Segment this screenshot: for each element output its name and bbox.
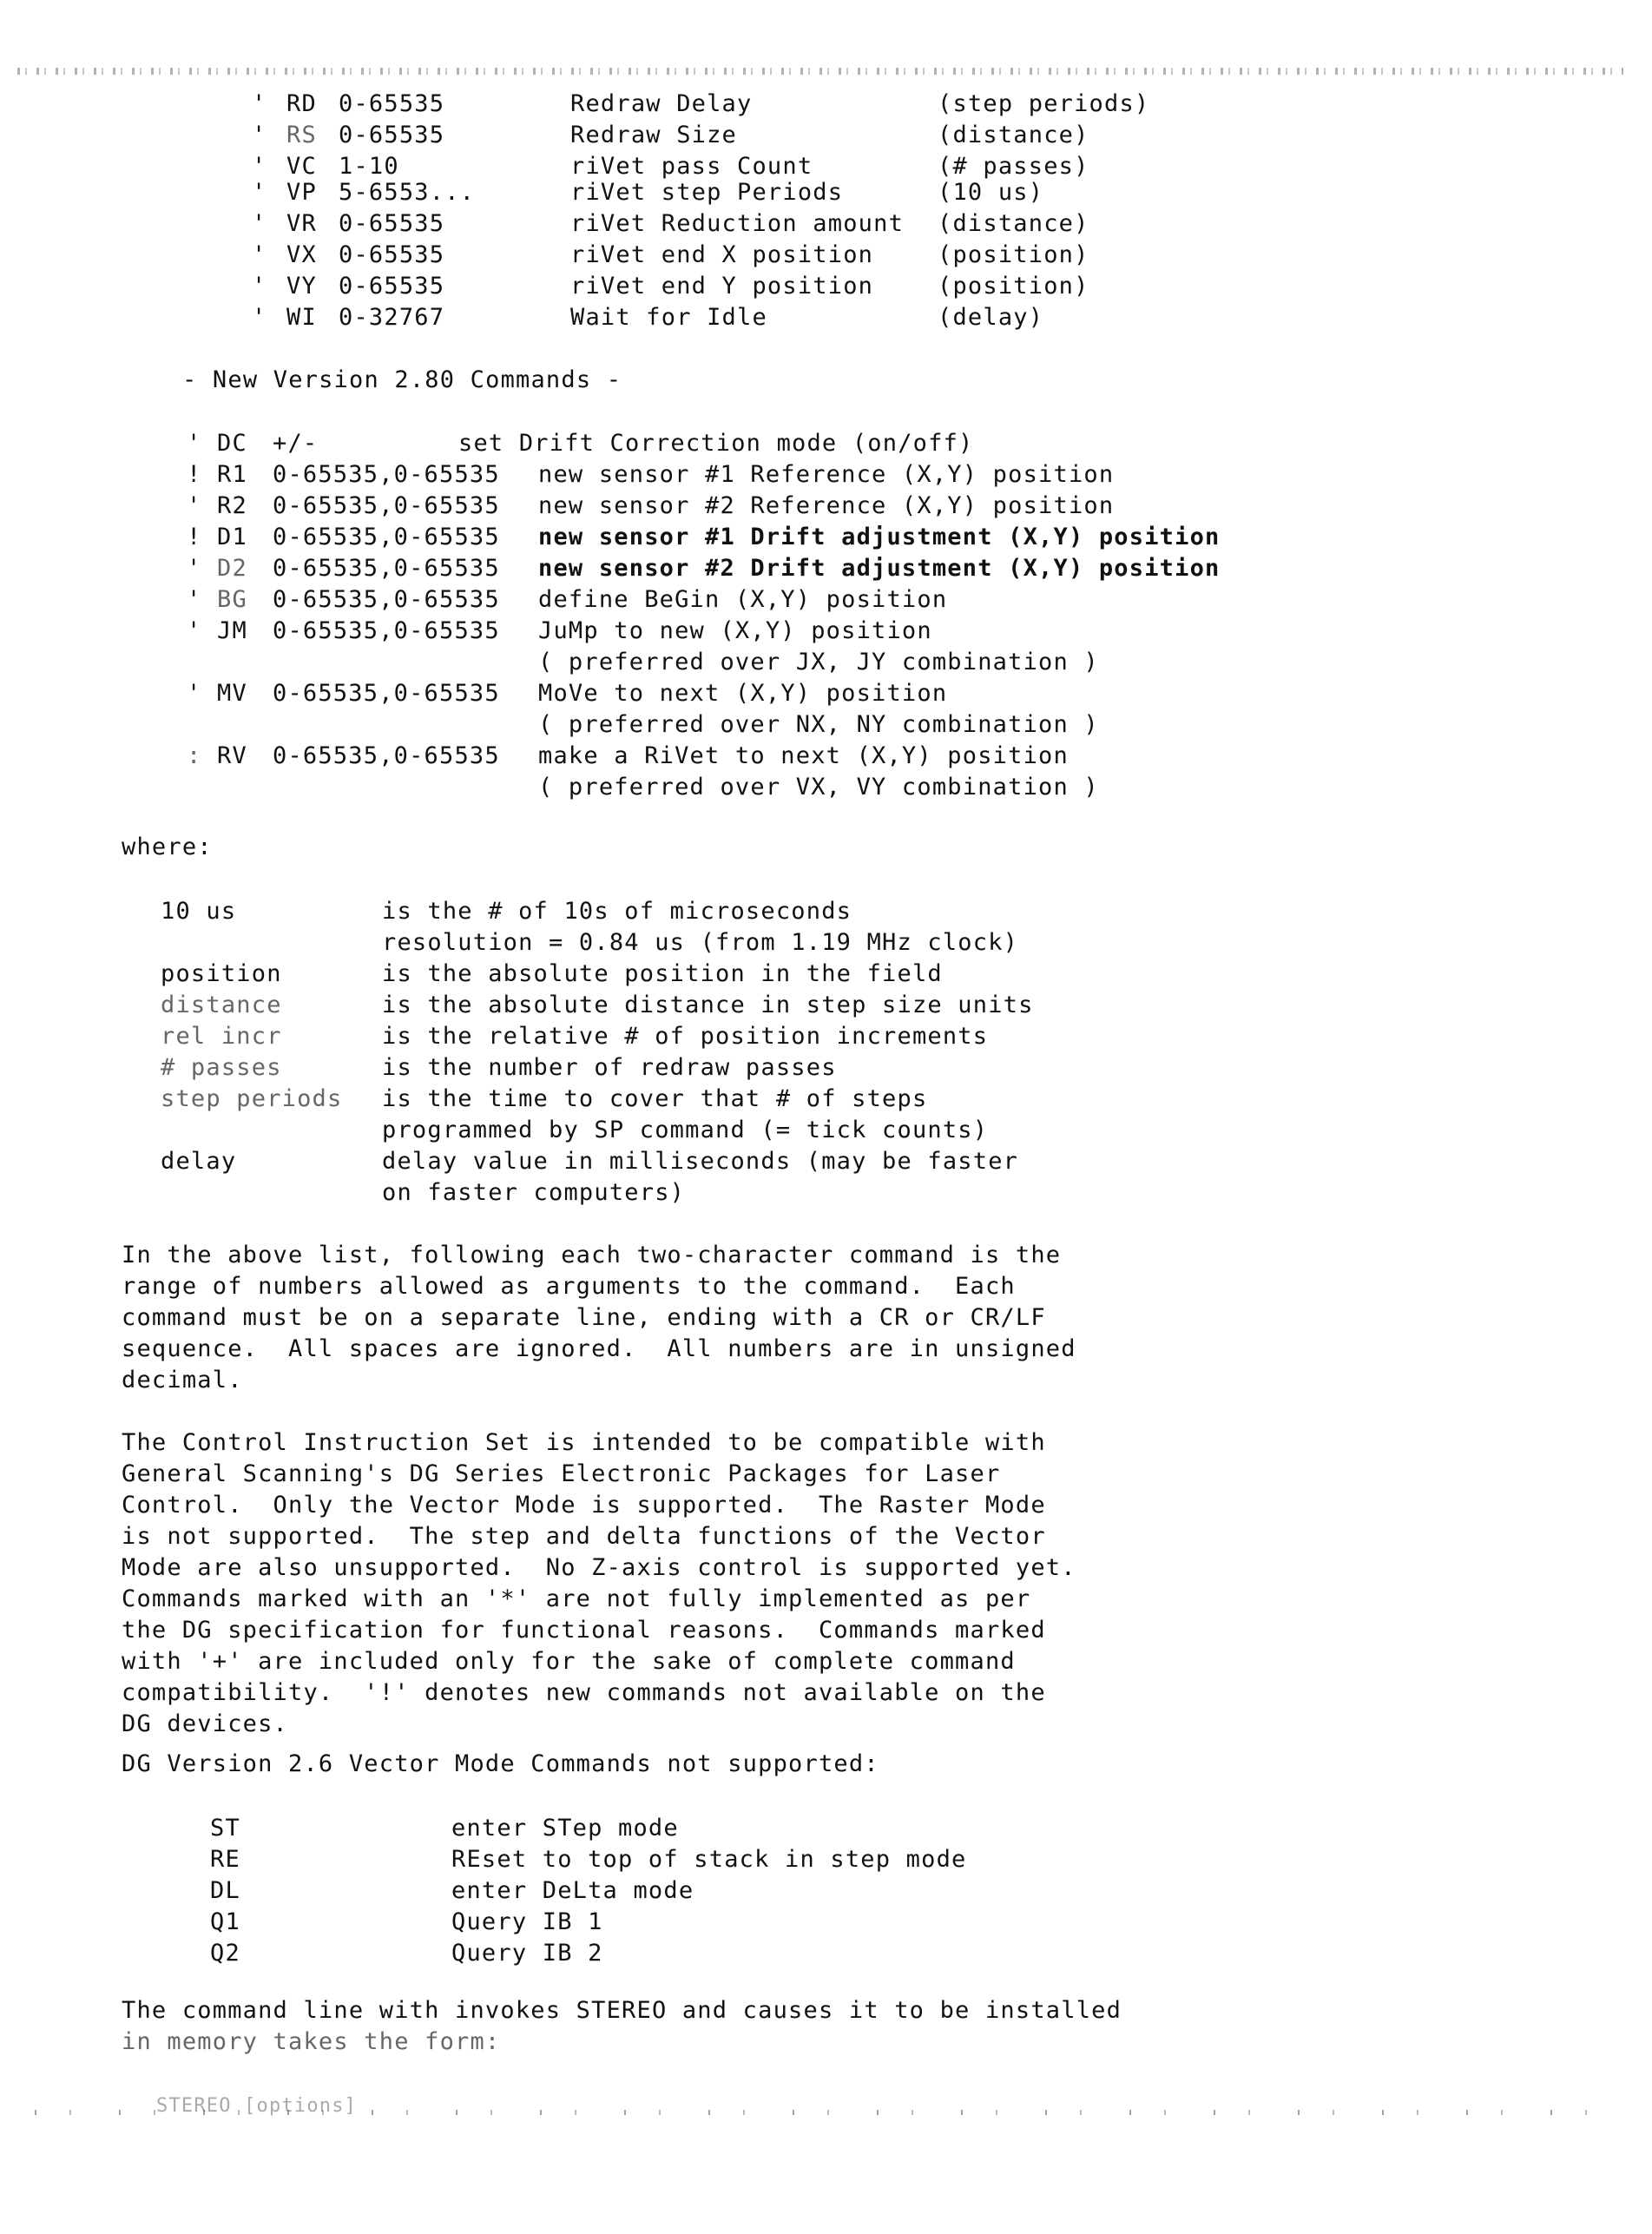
command-range: +/- bbox=[273, 428, 318, 459]
command-mark: ' bbox=[252, 90, 267, 117]
command-code: R1 bbox=[217, 459, 247, 491]
command-description: make a RiVet to next (X,Y) position bbox=[538, 741, 1069, 772]
command-unit: (distance) bbox=[938, 120, 1089, 151]
command-code: RS bbox=[286, 120, 317, 151]
definition-text: is the absolute position in the field bbox=[382, 959, 943, 990]
command-code: VX bbox=[286, 240, 317, 271]
definition-text: is the number of redraw passes bbox=[382, 1052, 837, 1084]
command-mark: ! bbox=[187, 522, 201, 553]
definition-text: is the time to cover that # of steps bbox=[382, 1084, 927, 1115]
command-code: ST bbox=[210, 1813, 240, 1844]
definition-term: 10 us bbox=[161, 896, 236, 927]
command-mark: ! bbox=[187, 459, 201, 491]
command-range: 0-65535,0-65535 bbox=[273, 741, 500, 772]
command-range: 0-65535,0-65535 bbox=[273, 616, 500, 647]
command-code: MV bbox=[217, 678, 247, 709]
command-description: JuMp to new (X,Y) position bbox=[538, 616, 932, 647]
paragraph-line: DG devices. bbox=[122, 1709, 288, 1740]
command-mark: ' bbox=[187, 428, 201, 459]
command-unit: (delay) bbox=[938, 302, 1043, 333]
command-code: RV bbox=[217, 741, 247, 772]
paragraph-line: decimal. bbox=[122, 1365, 243, 1396]
command-description: riVet step Periods bbox=[570, 177, 843, 208]
command-code: JM bbox=[217, 616, 247, 647]
scan-noise-top bbox=[17, 68, 1623, 75]
definition-term: # passes bbox=[161, 1052, 282, 1084]
definition-text: resolution = 0.84 us (from 1.19 MHz cloc… bbox=[382, 927, 1018, 959]
command-code: VY bbox=[286, 271, 317, 302]
command-mark: ' bbox=[187, 678, 201, 709]
paragraph-line: General Scanning's DG Series Electronic … bbox=[122, 1459, 1000, 1490]
command-range: 0-65535 bbox=[339, 240, 444, 271]
definition-term: distance bbox=[161, 990, 282, 1021]
definition-text: programmed by SP command (= tick counts) bbox=[382, 1115, 988, 1146]
command-note: ( preferred over NX, NY combination ) bbox=[538, 709, 1099, 741]
command-description: Query IB 2 bbox=[451, 1938, 603, 1969]
scan-noise-bottom bbox=[35, 2110, 1597, 2115]
command-range: 0-65535,0-65535 bbox=[273, 553, 500, 584]
command-description: Redraw Size bbox=[570, 120, 737, 151]
command-description: REset to top of stack in step mode bbox=[451, 1844, 966, 1875]
command-mark: ' bbox=[187, 616, 201, 647]
command-note: ( preferred over VX, VY combination ) bbox=[538, 772, 1099, 803]
definition-text: is the # of 10s of microseconds bbox=[382, 896, 852, 927]
command-code: RD bbox=[286, 89, 317, 120]
definition-text: is the relative # of position increments bbox=[382, 1021, 988, 1052]
command-mark: ' bbox=[187, 584, 201, 616]
command-row: ' bbox=[252, 89, 267, 120]
command-range: 0-65535,0-65535 bbox=[273, 678, 500, 709]
paragraph-line: command must be on a separate line, endi… bbox=[122, 1302, 1046, 1334]
command-description: Redraw Delay bbox=[570, 89, 752, 120]
command-description: new sensor #1 Drift adjustment (X,Y) pos… bbox=[538, 522, 1221, 553]
paragraph-line: in memory takes the form: bbox=[122, 2026, 500, 2058]
command-code: DC bbox=[217, 428, 247, 459]
command-code: D2 bbox=[217, 553, 247, 584]
definition-text: on faster computers) bbox=[382, 1177, 685, 1209]
paragraph-line: In the above list, following each two-ch… bbox=[122, 1240, 1061, 1271]
command-code: RE bbox=[210, 1844, 240, 1875]
paragraph-line: the DG specification for functional reas… bbox=[122, 1615, 1046, 1646]
command-unit: (position) bbox=[938, 240, 1089, 271]
command-mark: ' bbox=[252, 271, 267, 302]
command-mark: ' bbox=[187, 491, 201, 522]
command-range: 0-65535 bbox=[339, 120, 444, 151]
paragraph-line: The command line with invokes STEREO and… bbox=[122, 1995, 1122, 2026]
command-range: 0-65535 bbox=[339, 271, 444, 302]
paragraph-line: Control. Only the Vector Mode is support… bbox=[122, 1490, 1046, 1521]
command-range: 5-6553... bbox=[339, 177, 475, 208]
definition-term: position bbox=[161, 959, 282, 990]
definition-text: is the absolute distance in step size un… bbox=[382, 990, 1034, 1021]
command-code: BG bbox=[217, 584, 247, 616]
command-unit: (step periods) bbox=[938, 89, 1149, 120]
command-mark: ' bbox=[252, 302, 267, 333]
command-code: DL bbox=[210, 1875, 240, 1907]
command-description: new sensor #2 Reference (X,Y) position bbox=[538, 491, 1114, 522]
command-unit: (position) bbox=[938, 271, 1089, 302]
command-description: MoVe to next (X,Y) position bbox=[538, 678, 947, 709]
command-unit: (10 us) bbox=[938, 177, 1043, 208]
command-mark: ' bbox=[252, 177, 267, 208]
paragraph-line: Commands marked with an '*' are not full… bbox=[122, 1584, 1030, 1615]
command-mark: : bbox=[187, 741, 201, 772]
command-description: enter DeLta mode bbox=[451, 1875, 694, 1907]
command-range: 0-65535 bbox=[339, 89, 444, 120]
command-description: enter STep mode bbox=[451, 1813, 679, 1844]
command-description: riVet end Y position bbox=[570, 271, 873, 302]
paragraph-line: is not supported. The step and delta fun… bbox=[122, 1521, 1046, 1552]
command-description: riVet Reduction amount bbox=[570, 208, 904, 240]
command-mark: ' bbox=[252, 120, 267, 151]
command-range: 0-65535 bbox=[339, 208, 444, 240]
unsupported-heading: DG Version 2.6 Vector Mode Commands not … bbox=[122, 1749, 879, 1780]
command-unit: (distance) bbox=[938, 208, 1089, 240]
command-code: Q1 bbox=[210, 1907, 240, 1938]
command-description: Wait for Idle bbox=[570, 302, 767, 333]
command-range: 0-65535,0-65535 bbox=[273, 522, 500, 553]
definition-text: delay value in milliseconds (may be fast… bbox=[382, 1146, 1018, 1177]
paragraph-line: range of numbers allowed as arguments to… bbox=[122, 1271, 1016, 1302]
command-mark: ' bbox=[252, 240, 267, 271]
command-description: define BeGin (X,Y) position bbox=[538, 584, 947, 616]
command-mark: ' bbox=[187, 553, 201, 584]
paragraph-line: with '+' are included only for the sake … bbox=[122, 1646, 1016, 1677]
command-description: Query IB 1 bbox=[451, 1907, 603, 1938]
document-page: ' RD 0-65535 Redraw Delay (step periods)… bbox=[0, 0, 1652, 2234]
paragraph-line: sequence. All spaces are ignored. All nu… bbox=[122, 1334, 1076, 1365]
command-description: riVet end X position bbox=[570, 240, 873, 271]
new-version-heading: - New Version 2.80 Commands - bbox=[182, 365, 622, 396]
definition-term: step periods bbox=[161, 1084, 342, 1115]
command-code: R2 bbox=[217, 491, 247, 522]
command-code: VR bbox=[286, 208, 317, 240]
command-range: 0-65535,0-65535 bbox=[273, 491, 500, 522]
command-description: set Drift Correction mode (on/off) bbox=[458, 428, 973, 459]
paragraph-line: compatibility. '!' denotes new commands … bbox=[122, 1677, 1046, 1709]
paragraph-line: Mode are also unsupported. No Z-axis con… bbox=[122, 1552, 1076, 1584]
command-range: 0-65535,0-65535 bbox=[273, 459, 500, 491]
paragraph-line: The Control Instruction Set is intended … bbox=[122, 1427, 1046, 1459]
command-description: new sensor #1 Reference (X,Y) position bbox=[538, 459, 1114, 491]
command-code: VP bbox=[286, 177, 317, 208]
command-range: 0-32767 bbox=[339, 302, 444, 333]
definition-term: rel incr bbox=[161, 1021, 282, 1052]
command-mark: ' bbox=[252, 208, 267, 240]
command-note: ( preferred over JX, JY combination ) bbox=[538, 647, 1099, 678]
where-label: where: bbox=[122, 832, 213, 863]
command-code: WI bbox=[286, 302, 317, 333]
definition-term: delay bbox=[161, 1146, 236, 1177]
command-code: Q2 bbox=[210, 1938, 240, 1969]
command-code: D1 bbox=[217, 522, 247, 553]
command-range: 0-65535,0-65535 bbox=[273, 584, 500, 616]
command-form: STEREO [options] bbox=[156, 2091, 357, 2122]
command-description: new sensor #2 Drift adjustment (X,Y) pos… bbox=[538, 553, 1221, 584]
